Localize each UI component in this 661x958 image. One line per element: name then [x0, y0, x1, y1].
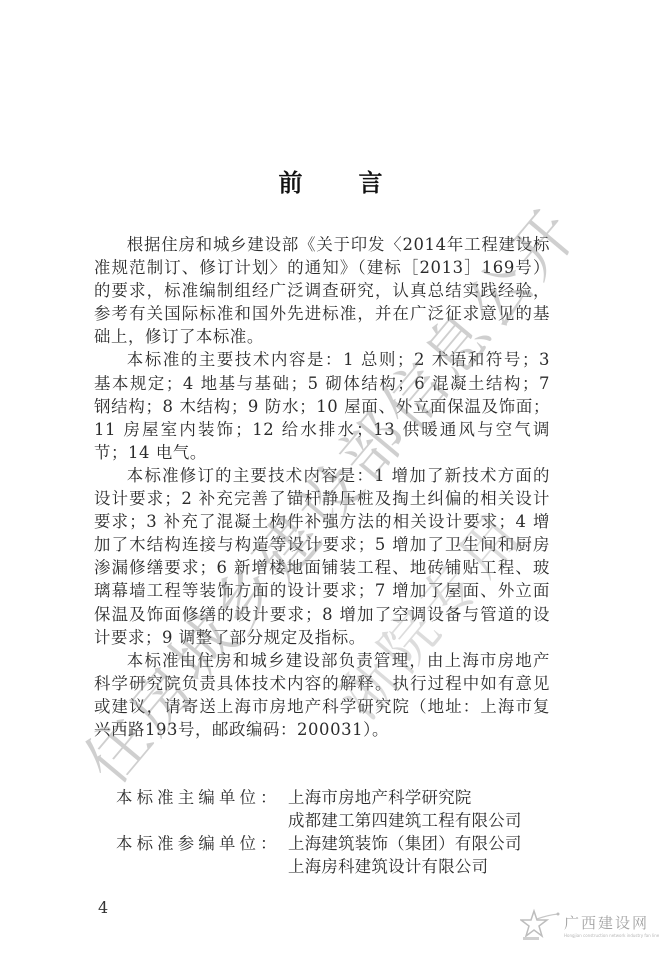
- page-title: 前言: [0, 163, 661, 198]
- paragraph-revision-content: 本标准修订的主要技术内容是：1 增加了新技术方面的设计要求；2 补充完善了锚杆静…: [94, 464, 550, 649]
- document-page: 前言 根据住房和城乡建设部《关于印发〈2014年工程建设标准规范制订、修订计划〉…: [0, 0, 661, 958]
- participating-unit-row: 本标准参编单位： 上海建筑装饰（集团）有限公司: [116, 832, 522, 855]
- paragraph-management: 本标准由住房和城乡建设部负责管理，由上海市房地产科学研究院负责具体技术内容的解释…: [94, 649, 550, 741]
- paragraph-basis: 根据住房和城乡建设部《关于印发〈2014年工程建设标准规范制订、修订计划〉的通知…: [94, 233, 550, 348]
- paragraph-main-content: 本标准的主要技术内容是：1 总则；2 术语和符号；3 基本规定；4 地基与基础；…: [94, 348, 550, 463]
- chief-editor-label: 本标准主编单位：: [116, 786, 288, 809]
- participating-unit-label: 本标准参编单位：: [116, 832, 288, 855]
- logo-name: 广西建设网: [564, 912, 659, 933]
- editing-units: 本标准主编单位： 上海市房地产科学研究院 成都建工第四建筑工程有限公司 本标准参…: [116, 786, 522, 878]
- chief-editor-name: 成都建工第四建筑工程有限公司: [288, 809, 522, 832]
- star-logo-icon: [520, 907, 560, 943]
- title-char-2: 言: [359, 163, 383, 198]
- participating-unit-name: 上海建筑装饰（集团）有限公司: [288, 832, 522, 855]
- logo-tagline: Hongjian construction network industry f…: [564, 933, 659, 938]
- chief-editor-unit-row-2: 成都建工第四建筑工程有限公司: [116, 809, 522, 832]
- participating-unit-name: 上海房科建筑设计有限公司: [288, 855, 488, 878]
- chief-editor-unit-row: 本标准主编单位： 上海市房地产科学研究院: [116, 786, 522, 809]
- preface-body: 根据住房和城乡建设部《关于印发〈2014年工程建设标准规范制订、修订计划〉的通知…: [94, 233, 550, 741]
- title-char-1: 前: [279, 163, 303, 198]
- chief-editor-name: 上海市房地产科学研究院: [288, 786, 472, 809]
- participating-unit-row-2: 上海房科建筑设计有限公司: [116, 855, 522, 878]
- page-number: 4: [98, 898, 108, 917]
- site-logo: 广西建设网 Hongjian construction network indu…: [520, 900, 661, 950]
